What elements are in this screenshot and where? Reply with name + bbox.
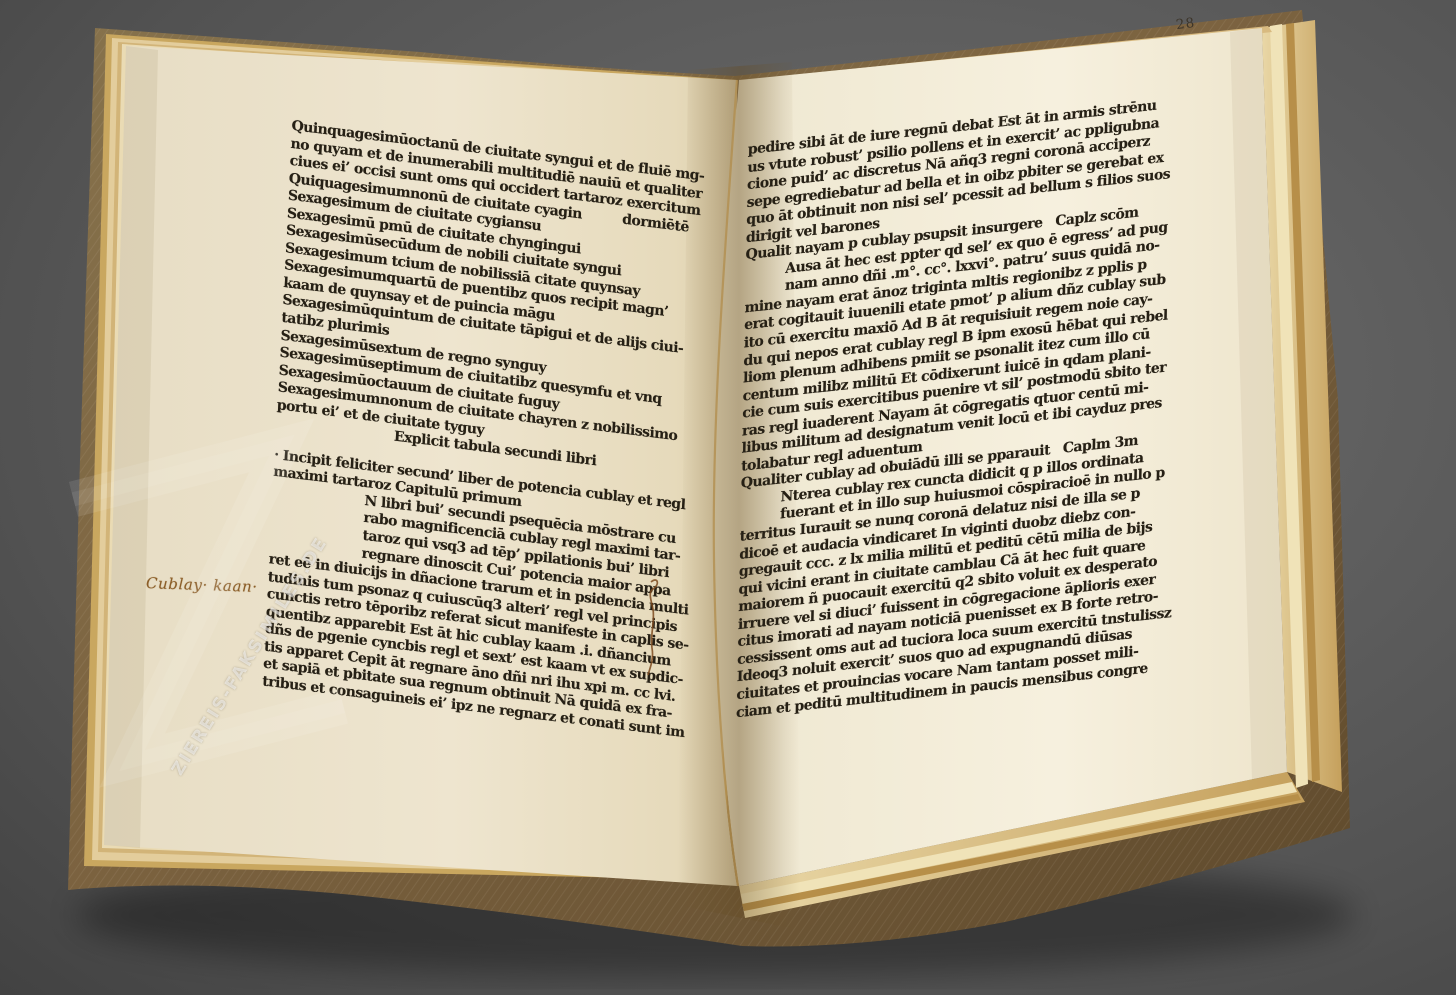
right-page-text: pedire sibi āt de iure regnū debat Est ā… (736, 98, 1150, 722)
ziereis-z-logo-watermark (32, 405, 383, 839)
nota-mark-path (648, 580, 657, 675)
reader-nota-mark (638, 576, 664, 684)
photograph-scene: Quinquagesimūoctanū de ciuitate syngui e… (0, 0, 1456, 995)
folio-number: 28 (1175, 15, 1196, 33)
